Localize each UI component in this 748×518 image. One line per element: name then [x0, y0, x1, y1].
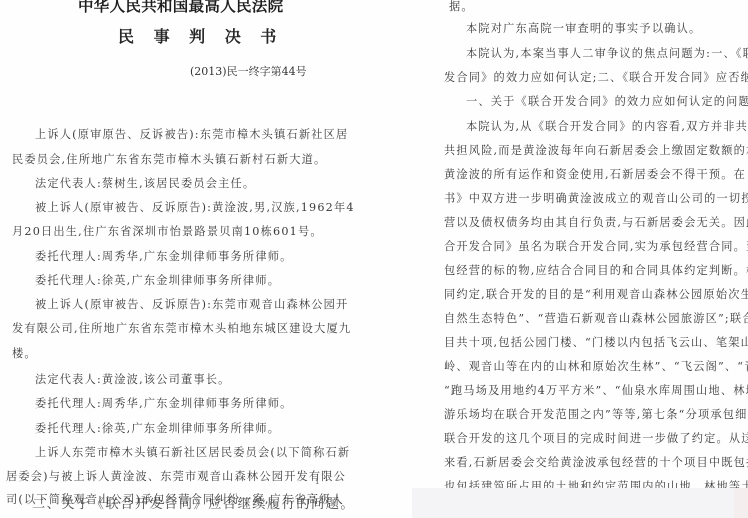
text-line: 法定代表人:黄淦波,该公司董事长。	[35, 371, 231, 387]
text-line: 同约定,联合开发的目的是“利用观音山森林公园原始次生林的	[444, 286, 748, 302]
text-line: 目共十项,包括公园门楼、“门楼以内包括飞云山、笔架山、仙宫	[444, 334, 748, 350]
text-line: 本院对广东高院一审查明的事实予以确认。	[466, 20, 701, 36]
page-number: 1	[315, 478, 319, 486]
text-line: 楼。	[12, 345, 37, 361]
text-line: 本院认为,从《联合开发合同》的内容看,双方并非共享收益、	[466, 118, 748, 134]
text-line: 黄淦波的所有运作和资金使用,石新居委会不得干预。在《协议	[444, 166, 748, 182]
text-line: 委托代理人:徐英,广东金圳律师事务所律师。	[35, 420, 280, 436]
text-line: 居委会)与被上诉人黄淦波、东莞市观音山森林公园开发有限公	[6, 468, 346, 484]
text-line: 共担风险,而是黄淦波每年向石新居委会上缴固定数额的承包费,	[444, 142, 748, 158]
scan-edge	[734, 488, 748, 518]
document-page-right: 据。 本院对广东高院一审查明的事实予以确认。 本院认为,本案当事人二审争议的焦点…	[378, 0, 748, 518]
scan-shadow	[412, 488, 748, 518]
text-line: 联合开发的这几个项目的完成时间进一步做了约定。从这些约定	[444, 430, 748, 446]
document-page-left: 中华人民共和国最高人民法院 民 事 判 决 书 (2013)民一终字第44号 上…	[0, 0, 378, 518]
text-line: 委托代理人:周秀华,广东金圳律师事务所律师。	[35, 395, 292, 411]
case-number: (2013)民一终字第44号	[190, 63, 307, 79]
text-line: 自然生态特色”、“营造石新观音山森林公园旅游区”;联合开发项	[444, 310, 748, 326]
text-line: 据。	[449, 0, 474, 14]
text-line: 本院认为,本案当事人二审争议的焦点问题为:一、《联合开	[466, 45, 748, 61]
text-line: 包经营的标的物,应结合合同目的和合同具体约定判断。根据合	[444, 262, 748, 278]
text-line: 发合同》的效力应如何认定;二、《联合开发合同》应否继续履行。	[444, 69, 748, 85]
text-line: 委托代理人:徐英,广东金圳律师事务所律师。	[35, 272, 280, 288]
section-heading: 二、关于《联合开发合同》应否继续履行的问题。	[32, 493, 355, 512]
text-line: 发有限公司,住所地广东省东莞市樟木头柏地东城区建设大厦九	[12, 320, 351, 336]
court-title: 中华人民共和国最高人民法院	[78, 0, 278, 16]
text-line: 月20日出生,住广东省深圳市怡景路景贝南10栋601号。	[12, 223, 323, 239]
section-heading: 一、关于《联合开发合同》的效力应如何认定的问题。	[466, 93, 748, 109]
text-line: 法定代表人:蔡树生,该居民委员会主任。	[35, 175, 255, 191]
text-line: 书》中双方进一步明确黄淦波成立的观音山公司的一切投资、经	[444, 190, 748, 206]
text-line: 被上诉人(原审被告、反诉原告):东莞市观音山森林公园开	[35, 296, 348, 312]
text-line: 岭、观音山等在内的山林和原始次生林”、“飞云阁”、“青龙阁”、	[444, 358, 748, 374]
text-line: “跑马场及用地约4万平方米”、“仙泉水库周围山地、林地及仙泉	[444, 382, 748, 398]
text-line: 委托代理人:周秀华,广东金圳律师事务所律师。	[35, 248, 292, 264]
text-line: 合开发合同》虽名为联合开发合同,实为承包经营合同。至于承	[444, 238, 748, 254]
text-line: 民委员会,住所地广东省东莞市樟木头镇石新村石新大道。	[12, 151, 326, 167]
text-line: 上诉人东莞市樟木头镇石新社区居民委员会(以下简称石新	[35, 444, 350, 460]
document-type-title: 民 事 判 决 书	[118, 24, 283, 47]
text-line: 来看,石新居委会交给黄淦波承包经营的十个项目中既包括建筑,	[444, 454, 748, 470]
text-line: 游乐场均在联合开发范围之内”等等,第七条“分项承包细则”对	[444, 406, 748, 422]
text-line: 营以及债权债务均由其自行负责,与石新居委会无关。因此,《联	[444, 214, 748, 230]
text-line: 被上诉人(原审被告、反诉原告):黄淦波,男,汉族,1962年4	[35, 199, 355, 215]
text-line: 上诉人(原审原告、反诉被告):东莞市樟木头镇石新社区居	[35, 126, 348, 142]
